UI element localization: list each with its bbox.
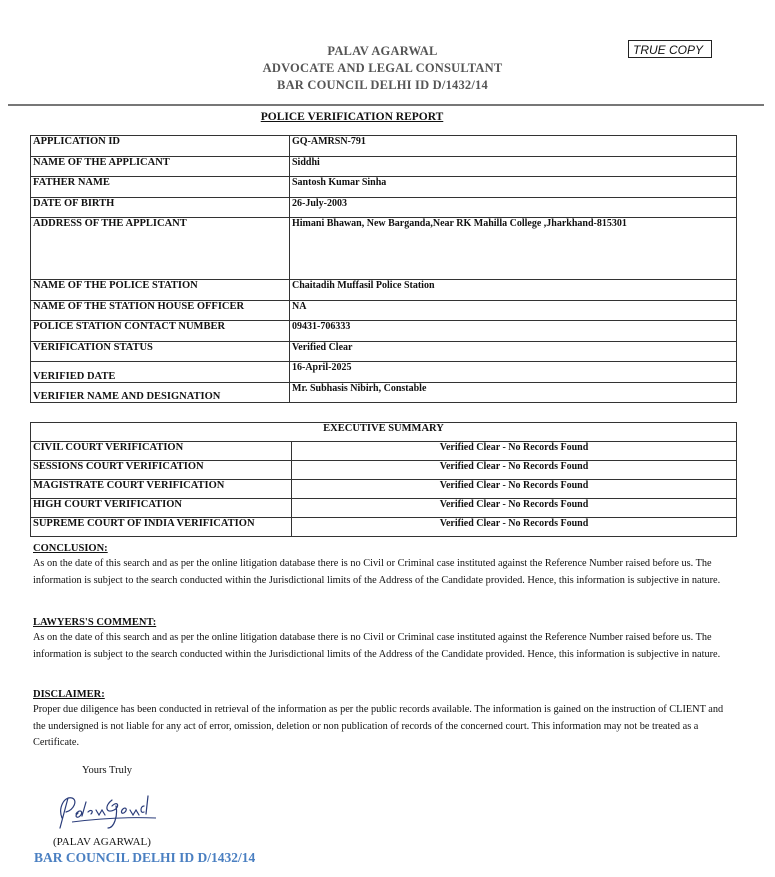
header-divider (8, 104, 764, 106)
row-value: NA (290, 300, 737, 321)
executive-summary-table: EXECUTIVE SUMMARY CIVIL COURT VERIFICATI… (30, 422, 737, 537)
row-label: SESSIONS COURT VERIFICATION (31, 461, 292, 480)
table-row: SUPREME COURT OF INDIA VERIFICATIONVerif… (31, 518, 737, 537)
table-row: CIVIL COURT VERIFICATIONVerified Clear -… (31, 442, 737, 461)
conclusion-text: As on the date of this search and as per… (33, 556, 733, 589)
row-value: Himani Bhawan, New Barganda,Near RK Mahi… (290, 218, 737, 280)
row-label: HIGH COURT VERIFICATION (31, 499, 292, 518)
closing-salutation: Yours Truly (82, 765, 132, 776)
table-header-row: EXECUTIVE SUMMARY (31, 423, 737, 442)
table-row: DATE OF BIRTH26-July-2003 (31, 197, 737, 218)
row-label: FATHER NAME (31, 177, 290, 198)
row-label: APPLICATION ID (31, 136, 290, 157)
row-value: Siddhi (290, 156, 737, 177)
report-title: POLICE VERIFICATION REPORT (0, 111, 704, 123)
conclusion-section: CONCLUSION: As on the date of this searc… (33, 541, 733, 589)
letterhead-title: ADVOCATE AND LEGAL CONSULTANT (0, 60, 765, 77)
letterhead-bar-id: BAR COUNCIL DELHI ID D/1432/14 (0, 77, 765, 94)
row-value: Santosh Kumar Sinha (290, 177, 737, 198)
row-label: POLICE STATION CONTACT NUMBER (31, 321, 290, 342)
applicant-info-table: APPLICATION IDGQ-AMRSN-791 NAME OF THE A… (30, 135, 737, 403)
table-row: HIGH COURT VERIFICATIONVerified Clear - … (31, 499, 737, 518)
row-label: NAME OF THE POLICE STATION (31, 280, 290, 301)
table-row: POLICE STATION CONTACT NUMBER09431-70633… (31, 321, 737, 342)
row-label: DATE OF BIRTH (31, 197, 290, 218)
disclaimer-heading: DISCLAIMER: (33, 687, 733, 702)
table-row: NAME OF THE APPLICANTSiddhi (31, 156, 737, 177)
row-value: Chaitadih Muffasil Police Station (290, 280, 737, 301)
row-label: VERIFIED DATE (31, 362, 290, 383)
summary-heading: EXECUTIVE SUMMARY (31, 423, 737, 442)
row-label: NAME OF THE APPLICANT (31, 156, 290, 177)
row-label: VERIFICATION STATUS (31, 341, 290, 362)
row-value: Verified Clear - No Records Found (292, 499, 737, 518)
row-label: ADDRESS OF THE APPLICANT (31, 218, 290, 280)
row-value: Verified Clear - No Records Found (292, 461, 737, 480)
row-value: Mr. Subhasis Nibirh, Constable (290, 382, 737, 403)
row-value: Verified Clear (290, 341, 737, 362)
lawyers-comment-section: LAWYERS'S COMMENT: As on the date of thi… (33, 615, 733, 663)
true-copy-stamp: TRUE COPY (628, 40, 712, 58)
row-label: CIVIL COURT VERIFICATION (31, 442, 292, 461)
lawyers-comment-heading: LAWYERS'S COMMENT: (33, 615, 733, 630)
conclusion-heading: CONCLUSION: (33, 541, 733, 556)
row-value: Verified Clear - No Records Found (292, 480, 737, 499)
table-row: FATHER NAMESantosh Kumar Sinha (31, 177, 737, 198)
table-row: NAME OF THE STATION HOUSE OFFICERNA (31, 300, 737, 321)
signature-image (52, 788, 162, 836)
row-value: Verified Clear - No Records Found (292, 442, 737, 461)
row-value: 16-April-2025 (290, 362, 737, 383)
table-row: ADDRESS OF THE APPLICANTHimani Bhawan, N… (31, 218, 737, 280)
lawyers-comment-text: As on the date of this search and as per… (33, 630, 733, 663)
row-value: Verified Clear - No Records Found (292, 518, 737, 537)
row-value: 26-July-2003 (290, 197, 737, 218)
signatory-name: (PALAV AGARWAL) (53, 836, 151, 848)
row-label: VERIFIER NAME AND DESIGNATION (31, 382, 290, 403)
table-row: VERIFIED DATE16-April-2025 (31, 362, 737, 383)
row-value: GQ-AMRSN-791 (290, 136, 737, 157)
row-label: NAME OF THE STATION HOUSE OFFICER (31, 300, 290, 321)
table-row: APPLICATION IDGQ-AMRSN-791 (31, 136, 737, 157)
table-row: SESSIONS COURT VERIFICATIONVerified Clea… (31, 461, 737, 480)
table-row: MAGISTRATE COURT VERIFICATIONVerified Cl… (31, 480, 737, 499)
disclaimer-section: DISCLAIMER: Proper due diligence has bee… (33, 687, 733, 752)
row-label: SUPREME COURT OF INDIA VERIFICATION (31, 518, 292, 537)
table-row: NAME OF THE POLICE STATIONChaitadih Muff… (31, 280, 737, 301)
table-row: VERIFIER NAME AND DESIGNATIONMr. Subhasi… (31, 382, 737, 403)
table-row: VERIFICATION STATUSVerified Clear (31, 341, 737, 362)
row-label: MAGISTRATE COURT VERIFICATION (31, 480, 292, 499)
disclaimer-text: Proper due diligence has been conducted … (33, 702, 733, 752)
signatory-bar-id: BAR COUNCIL DELHI ID D/1432/14 (34, 850, 255, 866)
row-value: 09431-706333 (290, 321, 737, 342)
